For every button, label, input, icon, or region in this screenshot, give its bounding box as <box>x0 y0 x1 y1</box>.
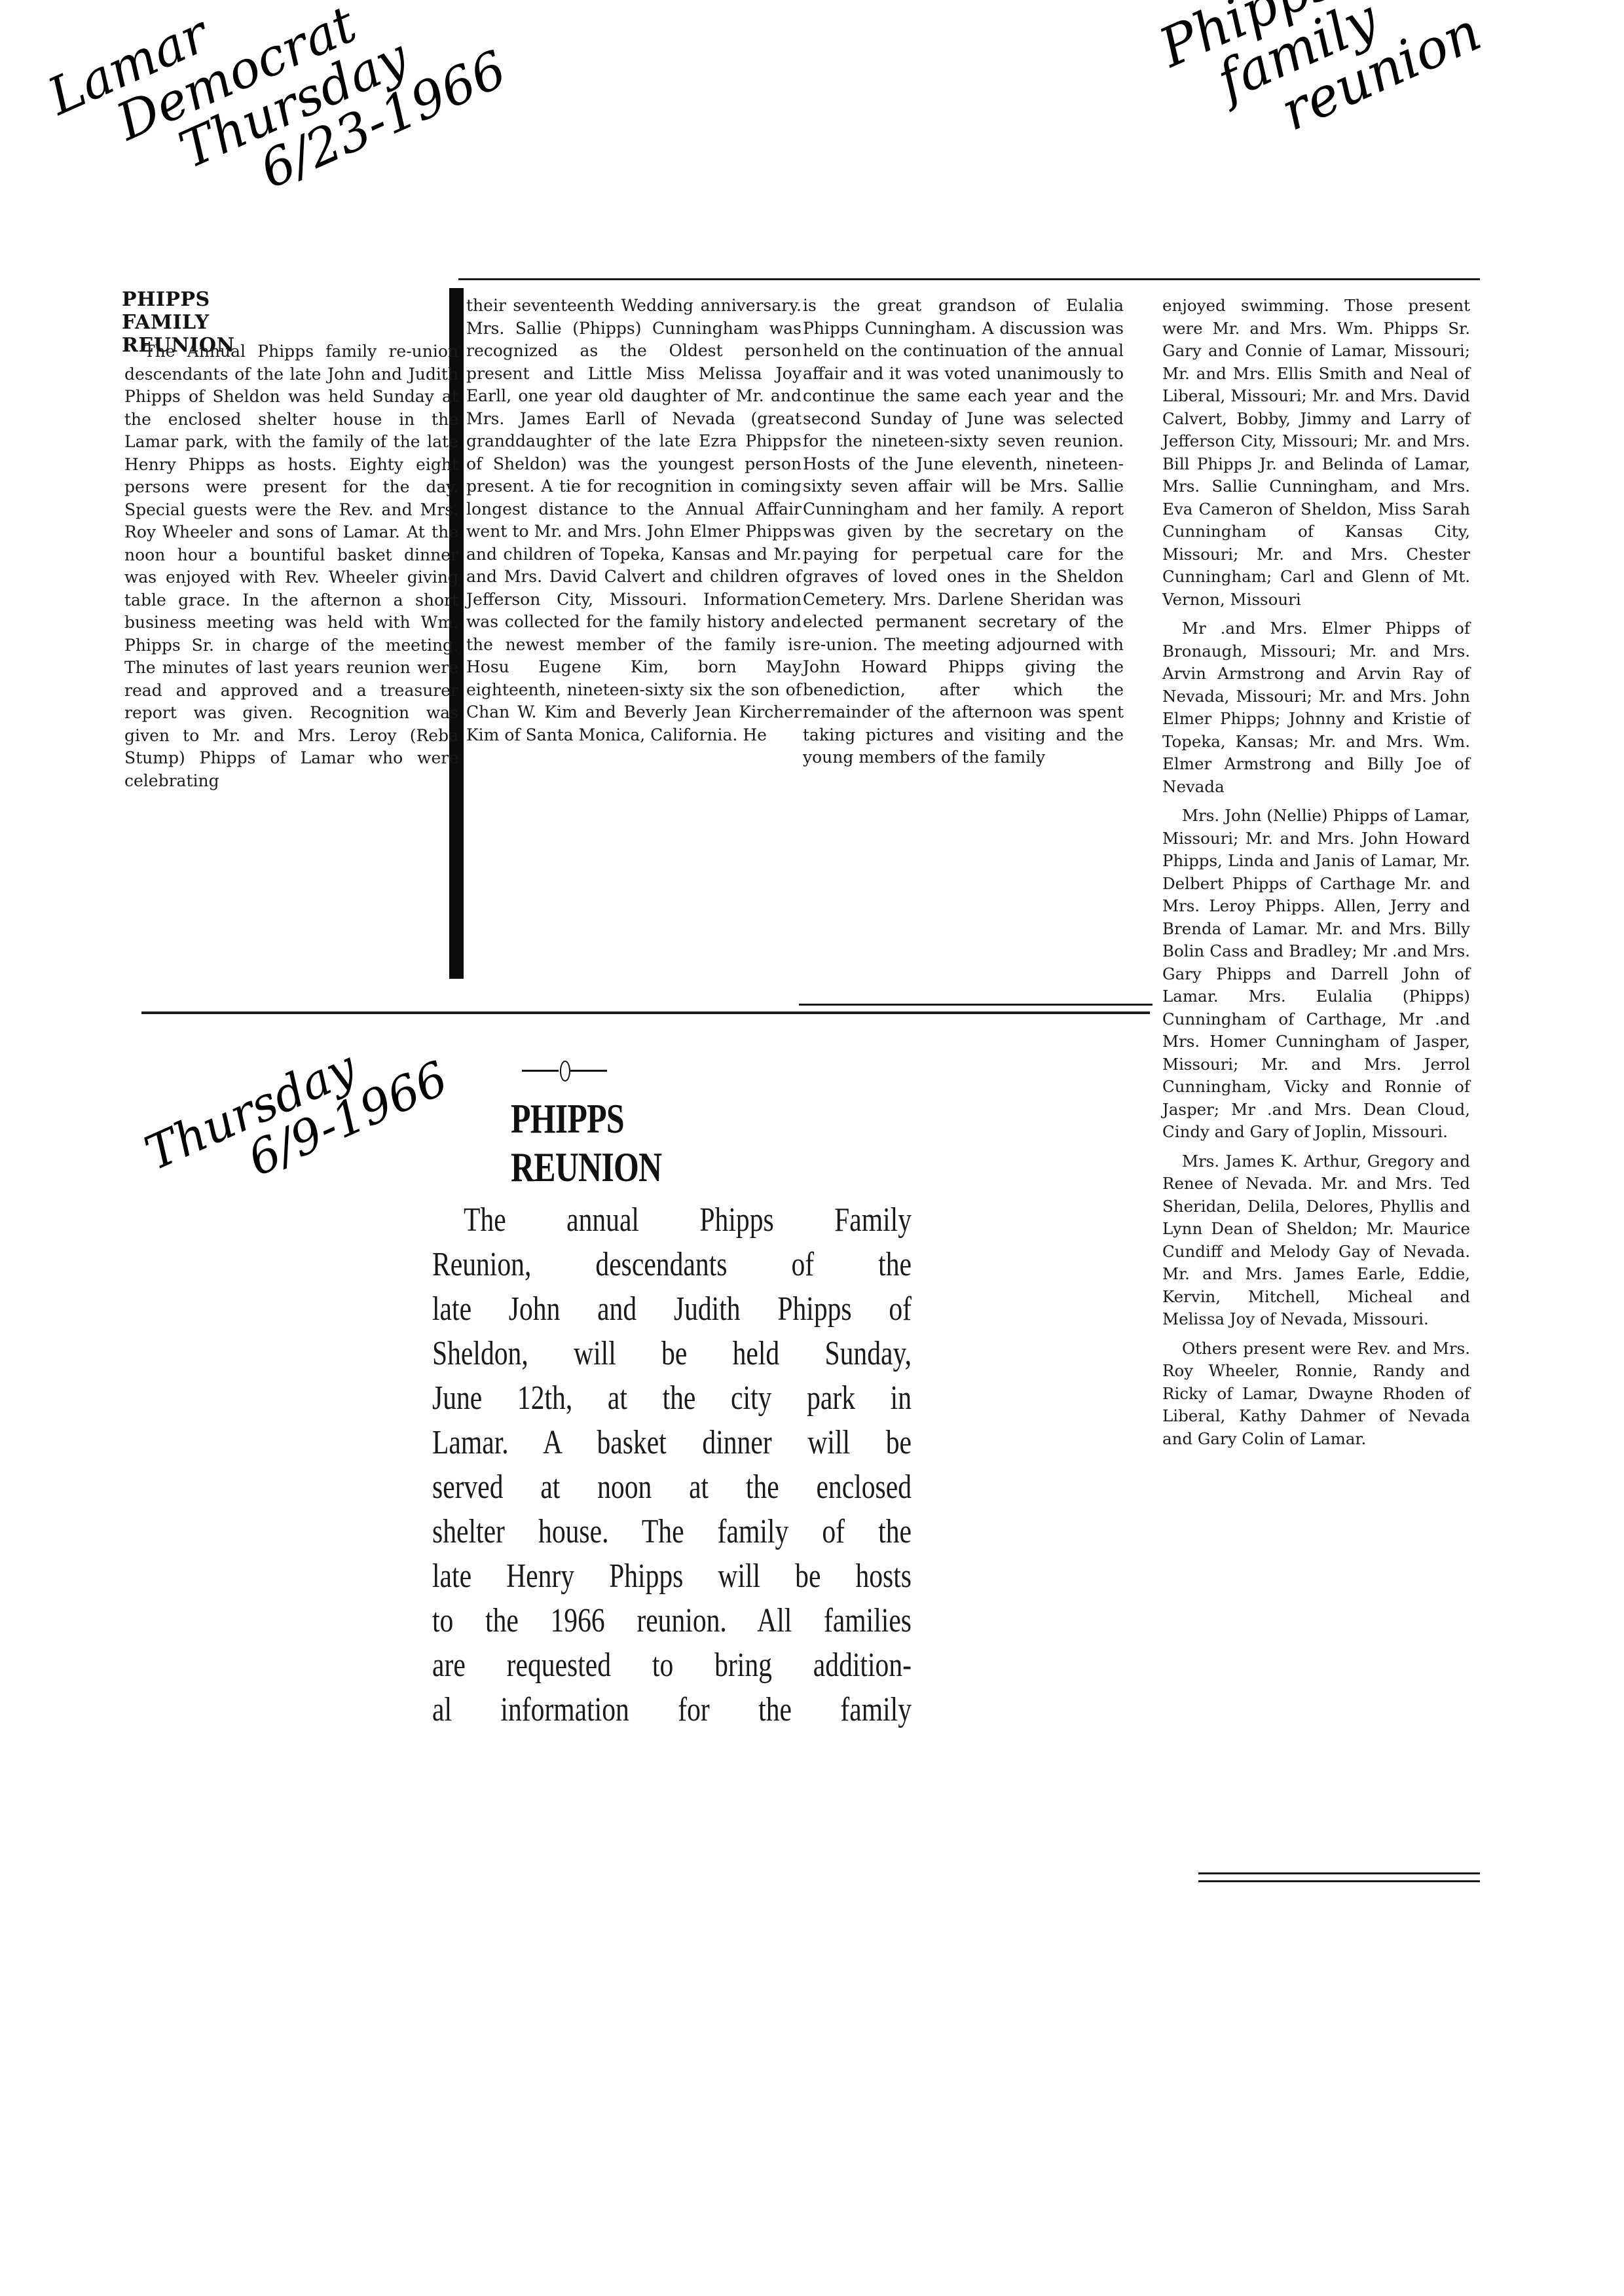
paragraph: Others present were Rev. and Mrs. Roy Wh… <box>1162 1338 1470 1451</box>
body-line: June 12th, at the city park in <box>432 1376 912 1421</box>
paragraph: enjoyed swimming. Those present were Mr.… <box>1162 295 1470 611</box>
body-line: served at noon at the enclosed <box>432 1465 912 1510</box>
paragraph: Mrs. James K. Arthur, Gregory and Renee … <box>1162 1150 1470 1331</box>
paragraph: Mrs. John (Nellie) Phipps of Lamar, Miss… <box>1162 805 1470 1144</box>
column-rule-top <box>458 278 1480 280</box>
article-column-4-attendees: enjoyed swimming. Those present were Mr.… <box>1162 295 1470 1450</box>
body-line: al information for the family <box>432 1688 912 1732</box>
column-rule-bottom-2 <box>799 1004 1153 1006</box>
paragraph: Mr .and Mrs. Elmer Phipps of Bronaugh, M… <box>1162 617 1470 798</box>
article-body: The annual Phipps Family Reunion, descen… <box>432 1198 910 1732</box>
handwritten-note-topic: Phipps family reunion <box>1153 0 1488 174</box>
body-line: late John and Judith Phipps of <box>432 1287 912 1332</box>
body-line: late Henry Phipps will be hosts <box>432 1554 912 1599</box>
body-line: to the 1966 reunion. All families <box>432 1599 912 1643</box>
paragraph: The Annual Phipps family re-union descen… <box>124 340 458 792</box>
paragraph: their seventeenth Wedding anniversary. M… <box>466 295 802 746</box>
paragraph: is the great grandson of Eulalia Phipps … <box>803 295 1124 769</box>
article-column-2: their seventeenth Wedding anniversary. M… <box>466 295 802 746</box>
column-end-rule <box>1198 1872 1480 1874</box>
body-line: shelter house. The family of the <box>432 1510 912 1554</box>
body-line: Lamar. A basket dinner will be <box>432 1421 912 1465</box>
handwritten-note-source-date: Lamar Democrat Thursday 6/23-1966 <box>41 0 513 263</box>
body-line: Reunion, descendants of the <box>432 1243 912 1287</box>
body-line: Sheldon, will be held Sunday, <box>432 1332 912 1376</box>
column-end-rule <box>1198 1880 1480 1882</box>
article-column-1: The Annual Phipps family re-union descen… <box>124 340 458 792</box>
body-line: The annual Phipps Family <box>432 1198 912 1243</box>
column-rule-bottom <box>141 1011 1150 1014</box>
article-column-3: is the great grandson of Eulalia Phipps … <box>803 295 1124 769</box>
body-line: are requested to bring addition- <box>432 1643 912 1688</box>
ornament-divider <box>522 1061 607 1080</box>
handwritten-note-date-2: Thursday 6/9-1966 <box>138 1011 454 1220</box>
article-headline: PHIPPS REUNION <box>511 1095 661 1192</box>
